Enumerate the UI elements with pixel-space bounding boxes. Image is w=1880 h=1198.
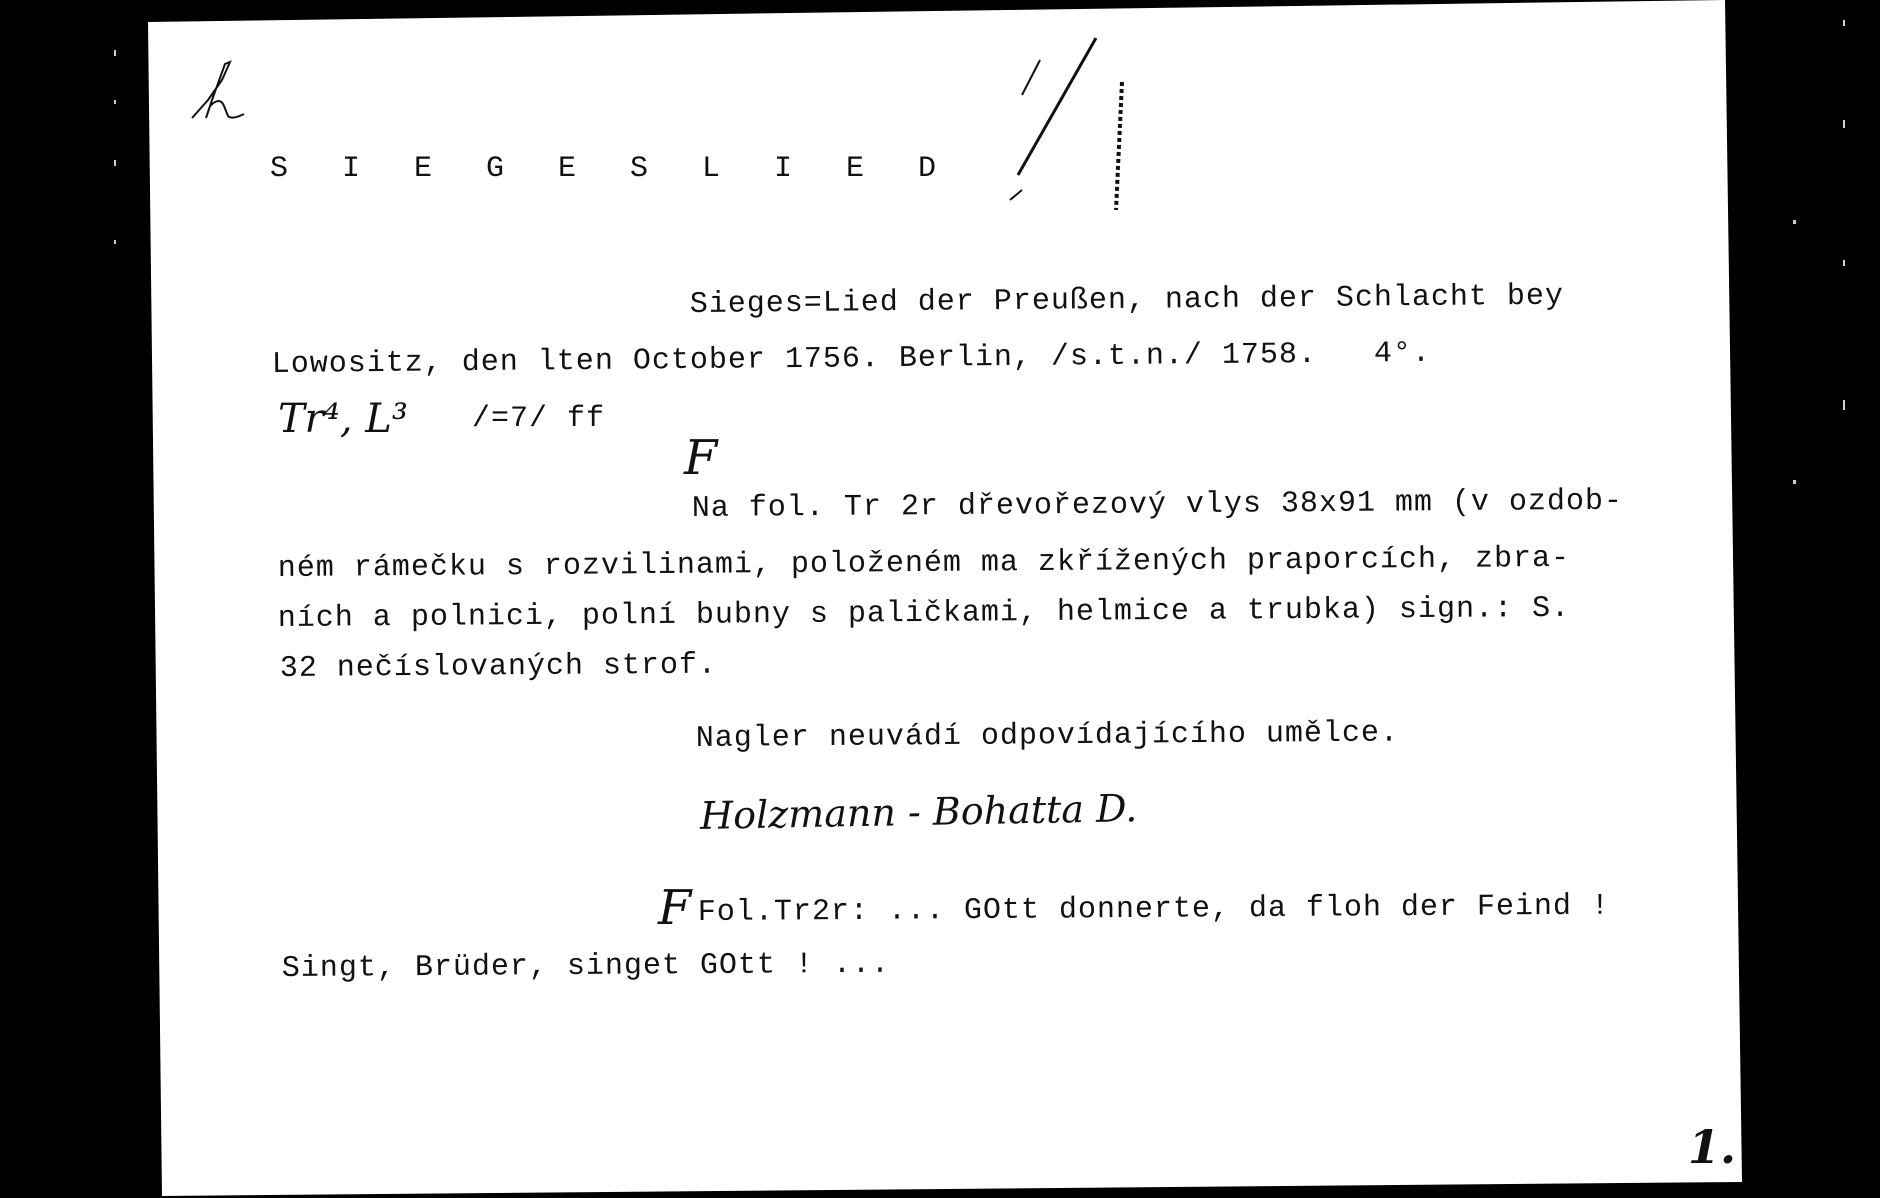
handwritten-attribution: Holzmann - Bohatta D. <box>700 786 1138 838</box>
nagler-note: Nagler neuvádí odpovídajícího umělce. <box>696 716 1399 756</box>
card-number: 1. <box>1688 1120 1736 1174</box>
note-line-4: 32 nečíslovaných strof. <box>280 649 717 686</box>
signature-marks: Tr⁴, L³ <box>278 396 408 442</box>
card-title: S I E G E S L I E D <box>270 152 954 186</box>
marginal-mark-f-2: F <box>658 880 691 936</box>
marginal-mark-f: F <box>684 430 717 486</box>
foliation: /=7/ ff <box>472 402 605 436</box>
quote-line-2: Singt, Brüder, singet GOtt ! ... <box>282 948 890 986</box>
quote-line-1: Fol.Tr2r: ... GOtt donnerte, da floh der… <box>698 890 1610 930</box>
